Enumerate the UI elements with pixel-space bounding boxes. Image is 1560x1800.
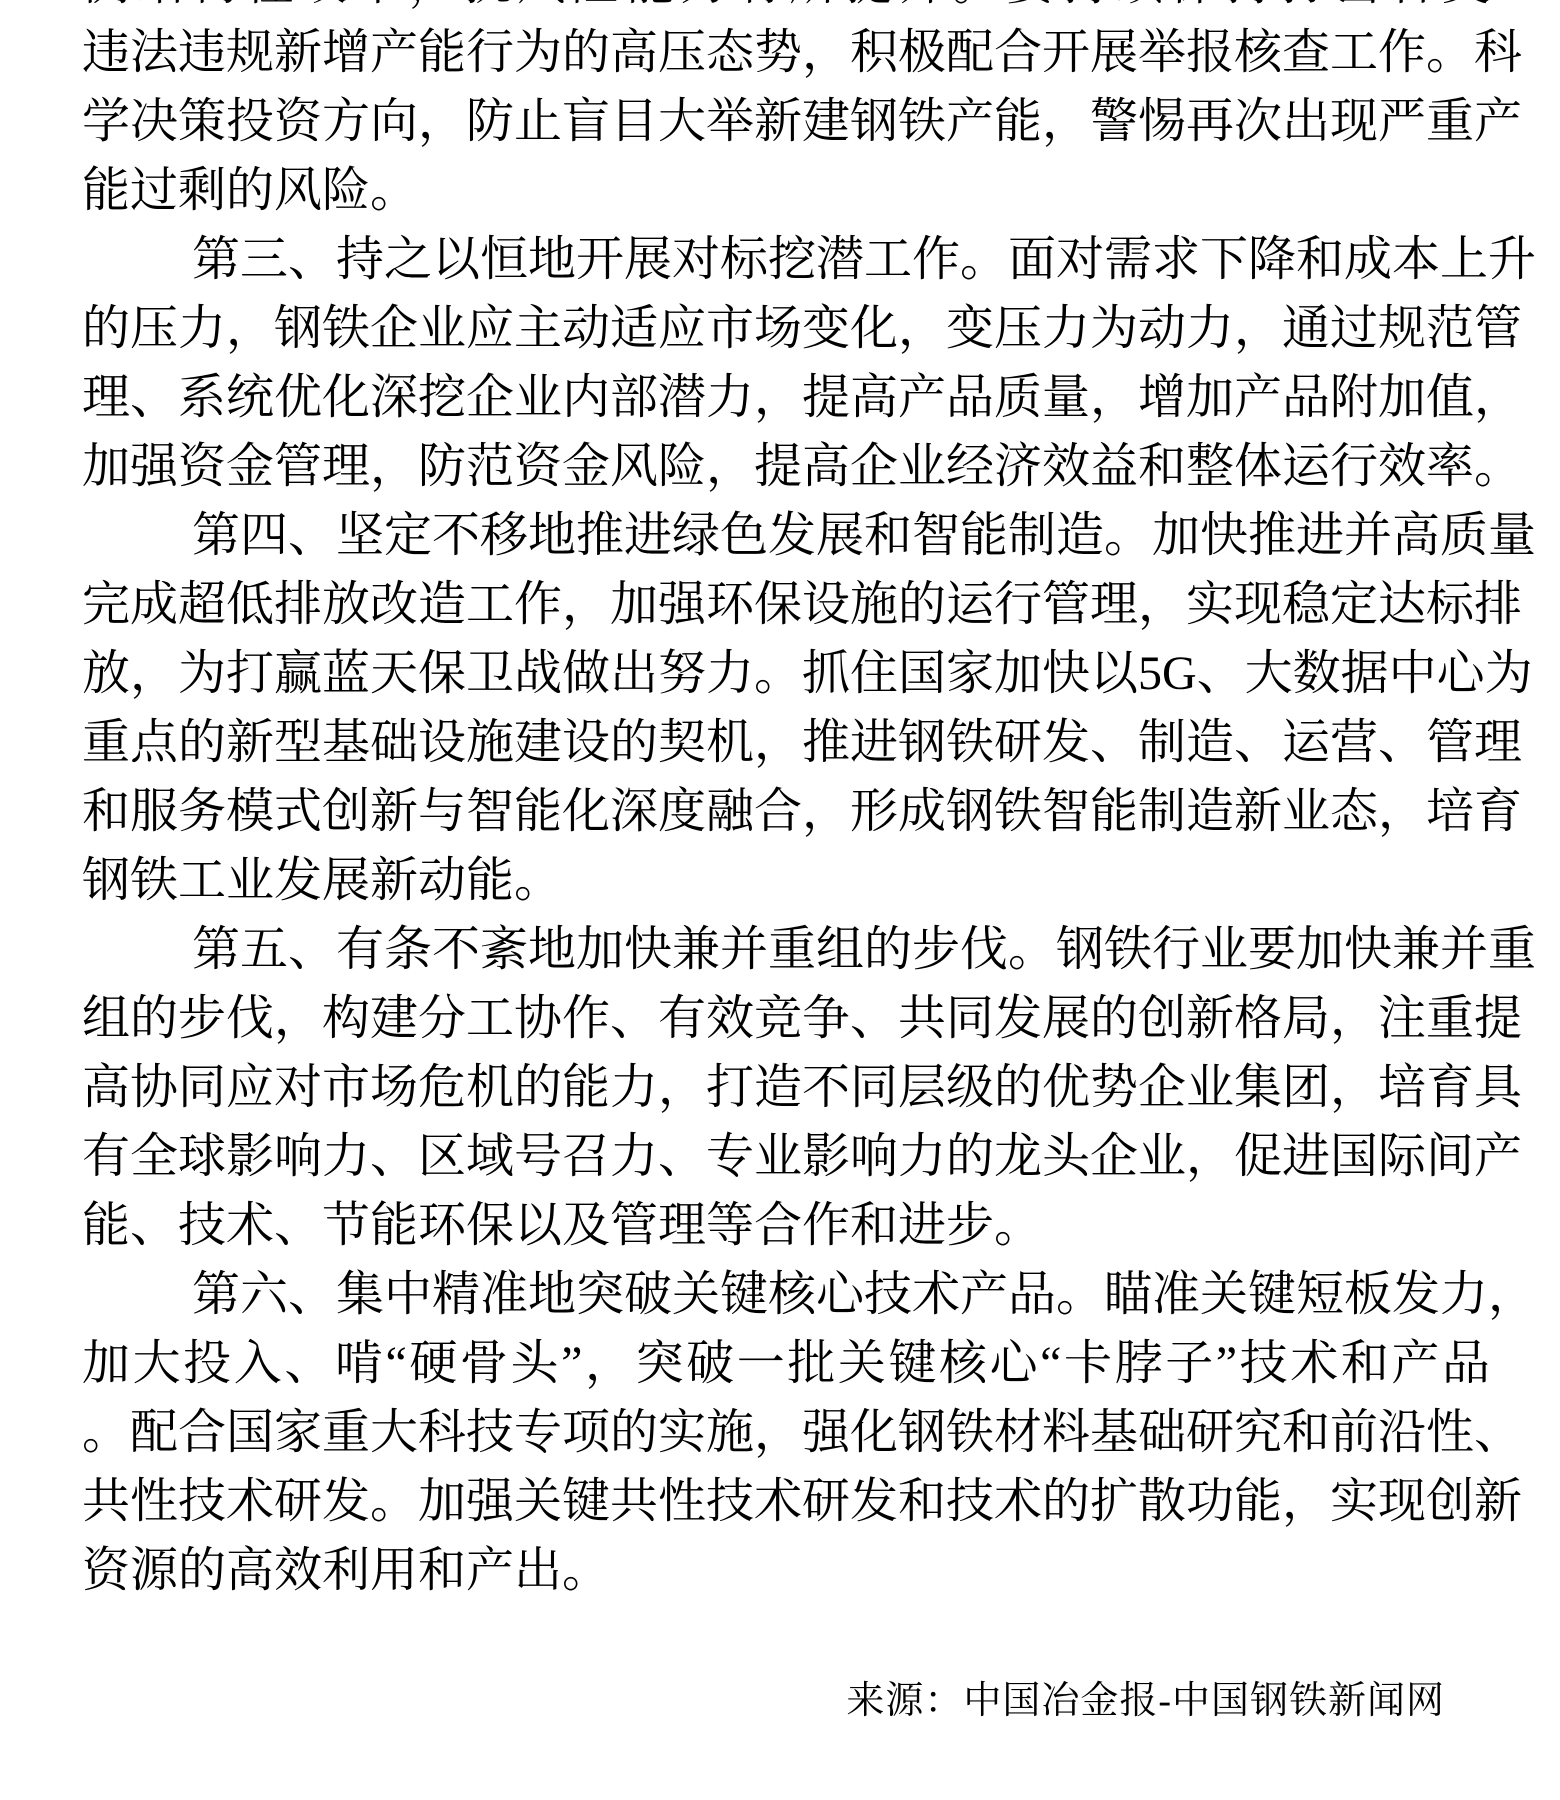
paragraph-start-line: 第五、有条不紊地加快兼并重组的步伐。钢铁行业要加快兼并重 bbox=[82, 915, 1490, 984]
text-line: 能过剩的风险。 bbox=[82, 156, 1490, 225]
text-line: 能、技术、节能环保以及管理等合作和进步。 bbox=[82, 1191, 1490, 1260]
text-line: 组的步伐，构建分工协作、有效竞争、共同发展的创新格局，注重提 bbox=[82, 984, 1490, 1053]
text-line: 资源的高效利用和产出。 bbox=[82, 1536, 1490, 1605]
text-line: 和服务模式创新与智能化深度融合，形成钢铁智能制造新业态，培育 bbox=[82, 777, 1490, 846]
text-line: 。配合国家重大科技专项的实施，强化钢铁材料基础研究和前沿性、 bbox=[82, 1398, 1490, 1467]
text-line: 违法违规新增产能行为的高压态势，积极配合开展举报核查工作。科 bbox=[82, 18, 1490, 87]
text-line: 放，为打赢蓝天保卫战做出努力。抓住国家加快以5G、大数据中心为 bbox=[82, 639, 1490, 708]
text-line: 钢铁工业发展新动能。 bbox=[82, 846, 1490, 915]
body-text: 侧结构性改革，抗风险能力有所提升。要持续保持打击各类违法违规新增产能行为的高压态… bbox=[82, 0, 1490, 1605]
text-line: 理、系统优化深挖企业内部潜力，提高产品质量，增加产品附加值， bbox=[82, 363, 1490, 432]
paragraph-start-line: 第四、坚定不移地推进绿色发展和智能制造。加快推进并高质量 bbox=[82, 501, 1490, 570]
text-line: 加强资金管理，防范资金风险，提高企业经济效益和整体运行效率。 bbox=[82, 432, 1490, 501]
text-line: 完成超低排放改造工作，加强环保设施的运行管理，实现稳定达标排 bbox=[82, 570, 1490, 639]
paragraph-start-line: 第六、集中精准地突破关键核心技术产品。瞄准关键短板发力， bbox=[82, 1260, 1490, 1329]
text-line: 重点的新型基础设施建设的契机，推进钢铁研发、制造、运营、管理 bbox=[82, 708, 1490, 777]
document-page: 侧结构性改革，抗风险能力有所提升。要持续保持打击各类违法违规新增产能行为的高压态… bbox=[0, 0, 1560, 1800]
text-line: 的压力，钢铁企业应主动适应市场变化，变压力为动力，通过规范管 bbox=[82, 294, 1490, 363]
text-line: 加大投入、啃“硬骨头”，突破一批关键核心“卡脖子”技术和产品 bbox=[82, 1329, 1490, 1398]
paragraph-start-line: 第三、持之以恒地开展对标挖潜工作。面对需求下降和成本上升 bbox=[82, 225, 1490, 294]
text-line: 有全球影响力、区域号召力、专业影响力的龙头企业，促进国际间产 bbox=[82, 1122, 1490, 1191]
clipped-top-text-line: 侧结构性改革，抗风险能力有所提升。要持续保持打击各类 bbox=[82, 0, 1490, 18]
text-line: 学决策投资方向，防止盲目大举新建钢铁产能，警惕再次出现严重产 bbox=[82, 87, 1490, 156]
text-line: 高协同应对市场危机的能力，打造不同层级的优势企业集团，培育具 bbox=[82, 1053, 1490, 1122]
source-attribution: 来源：中国冶金报-中国钢铁新闻网 bbox=[0, 1678, 1445, 1724]
text-line: 共性技术研发。加强关键共性技术研发和技术的扩散功能，实现创新 bbox=[82, 1467, 1490, 1536]
